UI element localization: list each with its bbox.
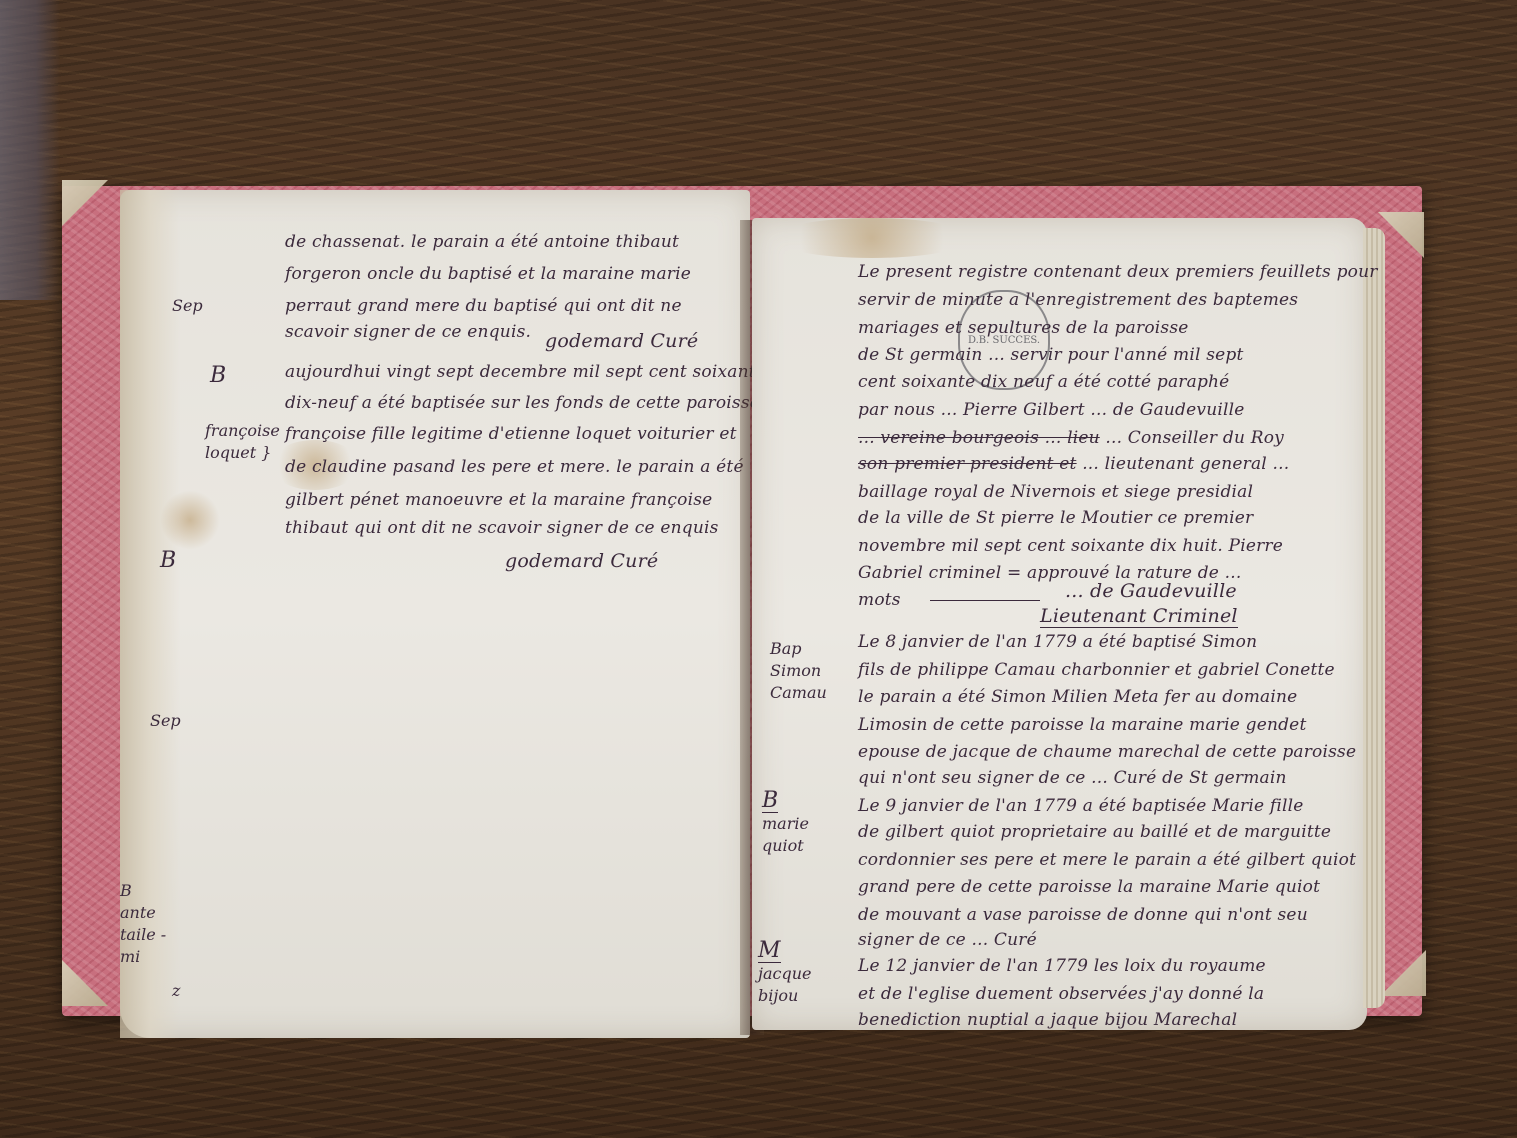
text-line: de gilbert quiot proprietaire au baillé … — [858, 822, 1331, 842]
text-line: benediction nuptial a jaque bijou Marech… — [858, 1010, 1237, 1030]
struck-text: ... vereine bourgeois ... lieu — [858, 428, 1100, 448]
text-line: aujourdhui vingt sept decembre mil sept … — [285, 362, 766, 382]
text-line: le parain a été Simon Milien Meta fer au… — [858, 687, 1297, 707]
text-line: Le 12 janvier de l'an 1779 les loix du r… — [858, 956, 1266, 976]
text-fragment: ... lieutenant general ... — [1082, 454, 1289, 474]
stain — [772, 218, 972, 258]
right-margin-note-marie: B marie quiot — [762, 790, 842, 857]
background-wall — [0, 0, 60, 300]
text-line: qui n'ont seu signer de ce ... Curé de S… — [858, 768, 1287, 788]
text-fragment: ... Conseiller du Roy — [1105, 428, 1284, 448]
baptism-mark: B — [210, 363, 226, 388]
left-margin-note-3: Sep — [150, 710, 181, 732]
text-line: fils de philippe Camau charbonnier et ga… — [858, 660, 1335, 680]
text-line: servir de minute a l'enregistrement des … — [858, 290, 1298, 310]
text-line: dix-neuf a été baptisée sur les fonds de… — [285, 393, 760, 413]
text-line: Le 8 janvier de l'an 1779 a été baptisé … — [858, 632, 1257, 652]
text-line: mariages et sepultures de la paroisse — [858, 318, 1189, 338]
text-line: Limosin de cette paroisse la maraine mar… — [858, 715, 1306, 735]
text-line: Le present registre contenant deux premi… — [858, 262, 1378, 282]
text-line: ... vereine bourgeois ... lieu ... Conse… — [858, 428, 1284, 448]
left-margin-note-2: B — [160, 550, 176, 573]
text-line: de la ville de St pierre le Moutier ce p… — [858, 508, 1253, 528]
margin-type: B — [762, 790, 778, 813]
right-margin-note-simon: Bap Simon Camau — [770, 638, 850, 704]
text-line: de mouvant a vase paroisse de donne qui … — [858, 905, 1308, 925]
margin-name: Simon Camau — [770, 660, 850, 704]
left-entry-margin-mark: B — [210, 365, 226, 388]
margin-type: Bap — [770, 638, 850, 660]
right-margin-note-jacque: M jacque bijou — [758, 940, 828, 1007]
text-line: françoise fille legitime d'etienne loque… — [285, 424, 737, 444]
text-line: cent soixante dix neuf a été cotté parap… — [858, 372, 1229, 392]
text-line: epouse de jacque de chaume marechal de c… — [858, 742, 1356, 762]
left-margin-note-1: Sep — [172, 295, 203, 317]
margin-text: B — [160, 548, 176, 573]
text-line: mots — [858, 590, 901, 610]
text-line: Le 9 janvier de l'an 1779 a été baptisée… — [858, 796, 1304, 816]
margin-name: marie quiot — [762, 813, 842, 857]
text-line: son premier president et ... lieutenant … — [858, 454, 1289, 474]
text-line: baillage royal de Nivernois et siege pre… — [858, 482, 1253, 502]
signature-title: Lieutenant Criminel — [1040, 605, 1238, 628]
page-mark: z — [172, 980, 180, 1002]
text-line: forgeron oncle du baptisé et la maraine … — [285, 264, 691, 284]
margin-type: M — [758, 940, 781, 963]
margin-name: françoise loquet — [205, 421, 280, 462]
signature: ... de Gaudevuille — [1065, 580, 1237, 602]
text-line: par nous ... Pierre Gilbert ... de Gaude… — [858, 400, 1245, 420]
text-line: perraut grand mere du baptisé qui ont di… — [285, 296, 682, 316]
text-line: cordonnier ses pere et mere le parain a … — [858, 850, 1356, 870]
text-line: de claudine pasand les pere et mere. le … — [285, 457, 744, 477]
left-entry-margin-name: françoise loquet } — [205, 420, 280, 464]
signature: godemard Curé — [505, 550, 658, 572]
margin-name: jacque bijou — [758, 963, 828, 1007]
signature: godemard Curé — [545, 330, 698, 352]
stain — [160, 490, 220, 550]
margin-text: Sep — [172, 296, 203, 315]
struck-text: son premier president et — [858, 454, 1077, 474]
left-page — [120, 190, 750, 1038]
left-margin-note-4: B ante taile -mi — [120, 880, 170, 968]
text-line: signer de ce ... Curé — [858, 930, 1037, 950]
text-line: grand pere de cette paroisse la maraine … — [858, 877, 1320, 897]
text-line: et de l'eglise duement observées j'ay do… — [858, 984, 1264, 1004]
text-line: de chassenat. le parain a été antoine th… — [285, 232, 679, 252]
text-line: thibaut qui ont dit ne scavoir signer de… — [285, 518, 719, 538]
text-line: novembre mil sept cent soixante dix huit… — [858, 536, 1283, 556]
text-line: scavoir signer de ce enquis. — [285, 322, 531, 342]
text-line: gilbert pénet manoeuvre et la maraine fr… — [285, 490, 712, 510]
text-line: de St germain ... servir pour l'anné mil… — [858, 345, 1244, 365]
margin-text: Sep — [150, 711, 181, 730]
rule-line — [930, 590, 1040, 601]
margin-text: B ante taile -mi — [120, 881, 166, 966]
